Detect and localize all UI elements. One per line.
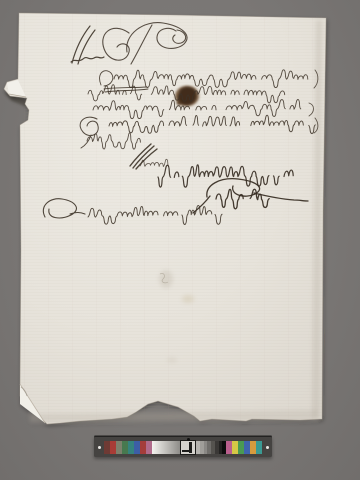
faint-stain-2 — [182, 295, 194, 303]
gray-gradient-wedge — [152, 441, 180, 454]
paper-sheet — [4, 13, 326, 424]
focus-tile-bar-horizontal — [182, 450, 190, 452]
faint-stain-1 — [159, 270, 173, 288]
faint-stain-3 — [167, 357, 177, 363]
document-photo — [0, 0, 360, 480]
color-calibration-target — [94, 436, 272, 457]
paper-texture — [4, 13, 326, 424]
screw-dot-icon — [98, 446, 101, 449]
photo-background — [0, 0, 360, 480]
focus-target-tile — [180, 440, 196, 455]
grayscale-step-wedge — [196, 441, 226, 454]
focus-tile-dot — [187, 438, 190, 441]
calibration-screw-left — [94, 437, 104, 457]
calibration-screw-right — [262, 437, 272, 457]
screw-dot-icon — [266, 446, 269, 449]
ink-blot-speck — [177, 101, 182, 106]
